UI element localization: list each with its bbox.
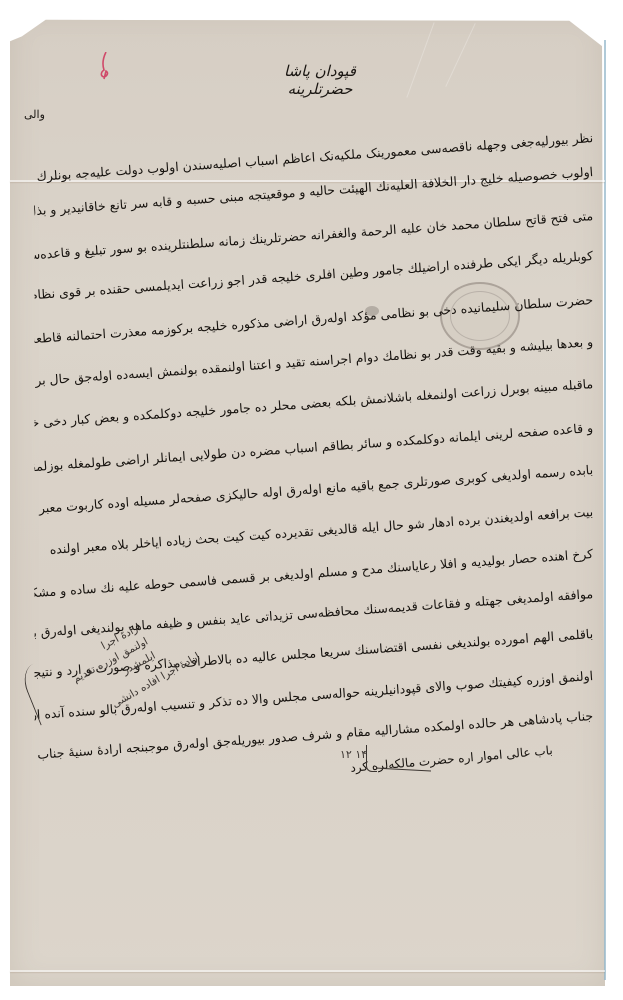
corner-annotation: والی: [24, 108, 45, 121]
fold-line-bottom: [10, 970, 605, 972]
date: ۱۲ ۱۴: [340, 748, 367, 761]
red-ink-mark-icon: [98, 52, 112, 82]
letter-heading: قپودان پاشا حضرتلرینه: [260, 62, 380, 98]
